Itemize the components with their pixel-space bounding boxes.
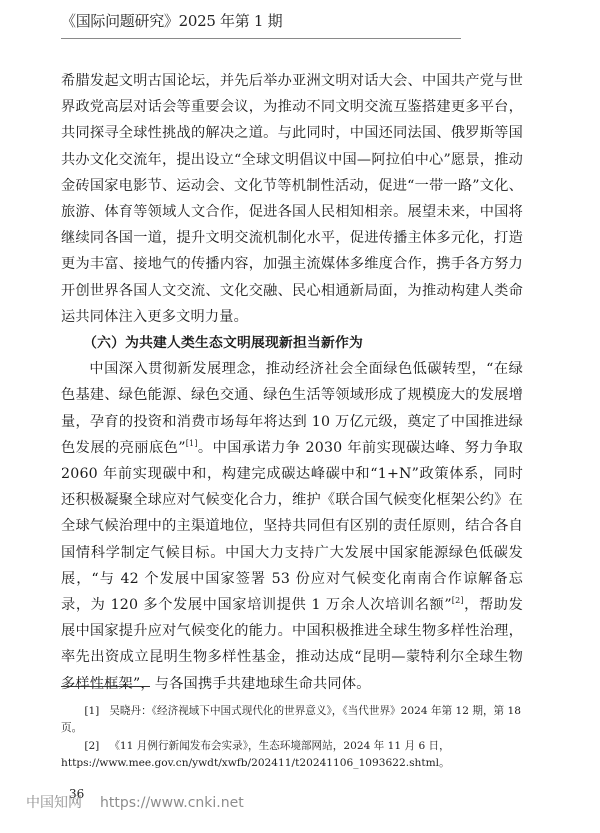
footnotes: [1]吴晓丹：《经济视域下中国式现代化的世界意义》，《当代世界》2024 年第 … bbox=[61, 703, 525, 773]
cnki-watermark: 中国知网https://www.cnki.net bbox=[26, 792, 244, 812]
watermark-brand: 中国知网 bbox=[26, 795, 82, 811]
footnote-ref-1[interactable]: [1] bbox=[186, 439, 198, 448]
paragraph-2: 中国深入贯彻新发展理念，推动经济社会全面绿色低碳转型，“在绿色基建、绿色能源、绿… bbox=[61, 356, 523, 697]
footnote-number: [1] bbox=[84, 705, 99, 717]
footnote-2: [2]《11 月例行新闻发布会实录》，生态环境部网站，2024 年 11 月 6… bbox=[61, 738, 525, 771]
footnote-ref-2[interactable]: [2] bbox=[452, 596, 464, 605]
section-heading: （六）为共建人类生态文明展现新担当新作为 bbox=[61, 330, 523, 356]
article-body: 希腊发起文明古国论坛，并先后举办亚洲文明对话大会、中国共产党与世界政党高层对话会… bbox=[61, 68, 523, 697]
paragraph-1: 希腊发起文明古国论坛，并先后举办亚洲文明对话大会、中国共产党与世界政党高层对话会… bbox=[61, 68, 523, 330]
journal-header: 《国际问题研究》2025 年第 1 期 bbox=[61, 10, 461, 32]
watermark-url: https://www.cnki.net bbox=[100, 795, 244, 811]
footnote-number: [2] bbox=[84, 740, 99, 752]
header-divider bbox=[61, 38, 461, 39]
footnote-text: 吴晓丹：《经济视域下中国式现代化的世界意义》，《当代世界》2024 年第 12 … bbox=[61, 705, 521, 734]
footnote-1: [1]吴晓丹：《经济视域下中国式现代化的世界意义》，《当代世界》2024 年第 … bbox=[61, 703, 525, 736]
footnote-text: 《11 月例行新闻发布会实录》，生态环境部网站，2024 年 11 月 6 日，… bbox=[61, 740, 450, 769]
paragraph-2-part-b: 。中国承诺力争 2030 年前实现碳达峰、努力争取 2060 年前实现碳中和，构… bbox=[61, 440, 523, 613]
footnote-divider bbox=[61, 686, 150, 687]
